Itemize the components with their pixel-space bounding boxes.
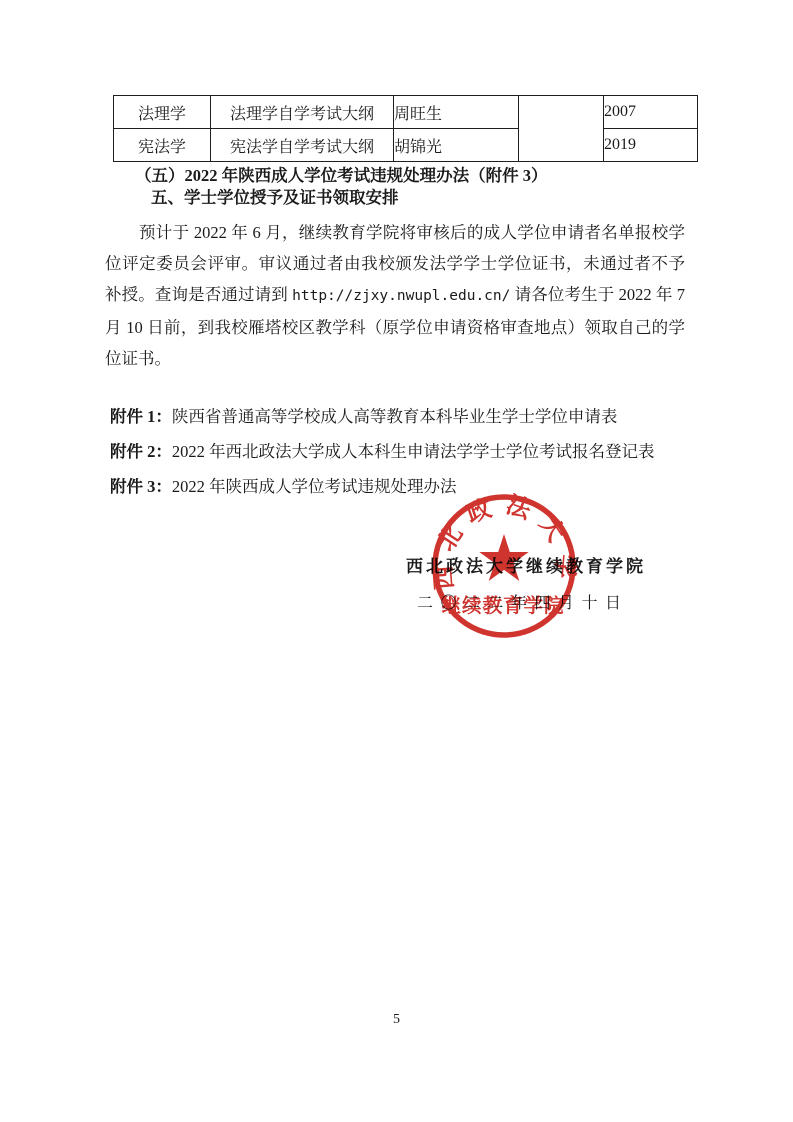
cell-author: 周旺生 xyxy=(394,96,519,129)
attachment-item: 附件 2：2022 年西北政法大学成人本科生申请法学学士学位考试报名登记表 xyxy=(110,434,655,469)
exam-outline-table: 法理学 法理学自学考试大纲 周旺生 2007 宪法学 宪法学自学考试大纲 胡锦光… xyxy=(113,95,698,162)
seal-star-icon xyxy=(479,534,528,581)
paragraph-line: 位评定委员会评审。审议通过者由我校颁发法学学士学位证书，未通过者不予 xyxy=(105,248,685,279)
official-seal: 西北政法大学 继续教育学院 xyxy=(429,491,579,641)
cell-year: 2019 xyxy=(604,129,698,162)
paragraph-text: 请各位考生于 2022 年 7 xyxy=(510,285,685,304)
attachments-list: 附件 1：陕西省普通高等学校成人高等教育本科毕业生学士学位申请表 附件 2：20… xyxy=(110,399,655,504)
attachment-title: 陕西省普通高等学校成人高等教育本科毕业生学士学位申请表 xyxy=(172,407,618,426)
attachment-label: 附件 2： xyxy=(110,442,172,461)
body-paragraph: 预计于 2022 年 6 月，继续教育学院将审核后的成人学位申请者名单报校学 位… xyxy=(105,217,685,374)
paragraph-text: 补授。查询是否通过请到 xyxy=(105,285,292,304)
cell-subject: 宪法学 xyxy=(114,129,211,162)
page-number: 5 xyxy=(0,1012,793,1028)
table-row: 宪法学 宪法学自学考试大纲 胡锦光 2019 xyxy=(114,129,698,162)
document-page: 法理学 法理学自学考试大纲 周旺生 2007 宪法学 宪法学自学考试大纲 胡锦光… xyxy=(0,0,793,1122)
heading-item-five: （五）2022 年陕西成人学位考试违规处理办法（附件 3） xyxy=(135,162,548,186)
attachment-title: 2022 年西北政法大学成人本科生申请法学学士学位考试报名登记表 xyxy=(172,442,655,461)
heading-section-five: 五、学士学位授予及证书领取安排 xyxy=(151,184,399,208)
attachment-label: 附件 1： xyxy=(110,407,172,426)
attachment-label: 附件 3： xyxy=(110,477,172,496)
paragraph-line: 月 10 日前，到我校雁塔校区教学科（原学位申请资格审查地点）领取自己的学 xyxy=(105,312,685,343)
attachment-title: 2022 年陕西成人学位考试违规处理办法 xyxy=(172,477,457,496)
cell-outline: 宪法学自学考试大纲 xyxy=(211,129,394,162)
cell-outline: 法理学自学考试大纲 xyxy=(211,96,394,129)
table-row: 法理学 法理学自学考试大纲 周旺生 2007 xyxy=(114,96,698,129)
seal-bottom-text: 继续教育学院 xyxy=(441,594,564,617)
paragraph-line: 位证书。 xyxy=(105,343,685,374)
attachment-item: 附件 1：陕西省普通高等学校成人高等教育本科毕业生学士学位申请表 xyxy=(110,399,655,434)
cell-author: 胡锦光 xyxy=(394,129,519,162)
query-url: http://zjxy.nwupl.edu.cn/ xyxy=(292,288,510,304)
paragraph-line: 补授。查询是否通过请到 http://zjxy.nwupl.edu.cn/ 请各… xyxy=(105,279,685,312)
cell-year: 2007 xyxy=(604,96,698,129)
cell-subject: 法理学 xyxy=(114,96,211,129)
cell-blank-merged xyxy=(519,96,604,162)
paragraph-line: 预计于 2022 年 6 月，继续教育学院将审核后的成人学位申请者名单报校学 xyxy=(105,217,685,248)
